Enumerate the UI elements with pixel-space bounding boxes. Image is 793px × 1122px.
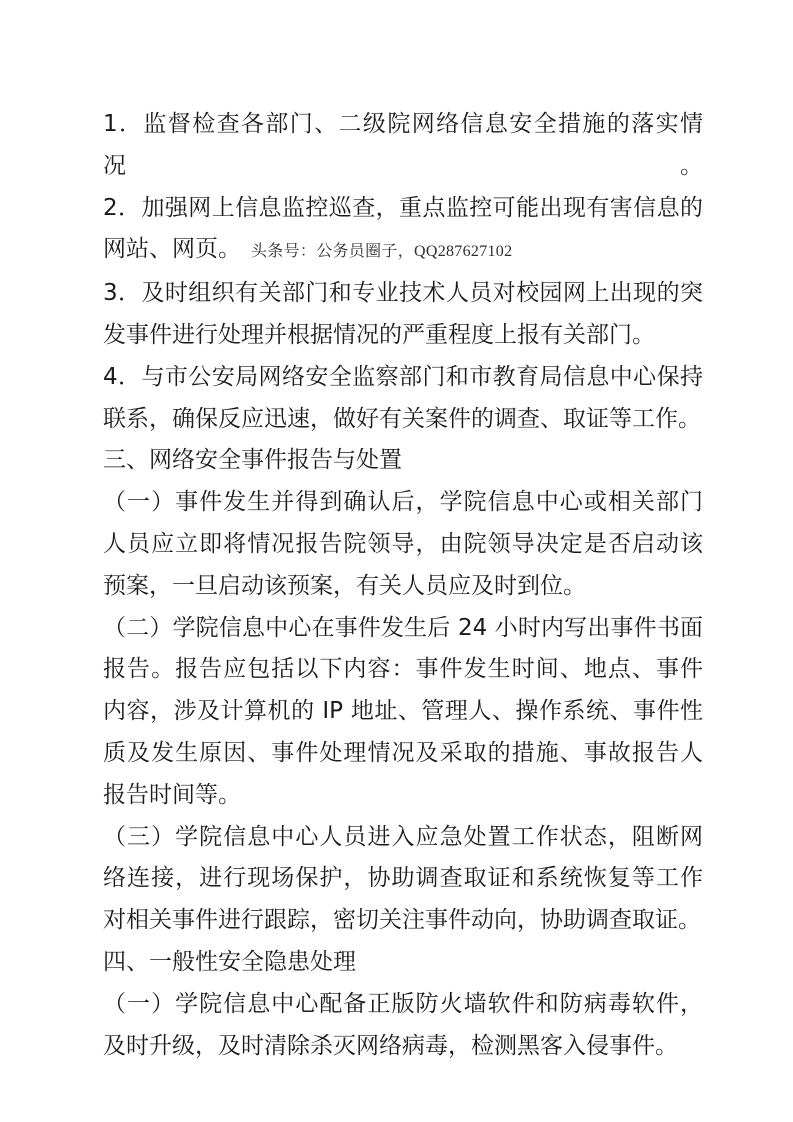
document-line: （一）事件发生并得到确认后，学院信息中心或相关部门 — [103, 482, 703, 524]
document-page: 1．监督检查各部门、二级院网络信息安全措施的落实情况。2．加强网上信息监控巡查，… — [0, 0, 793, 1122]
document-line: 4．与市公安局网络安全监察部门和市教育局信息中心保持 — [103, 357, 703, 399]
document-line: 人员应立即将情况报告院领导，由院领导决定是否启动该 — [103, 524, 703, 566]
line-text: （一）事件发生并得到确认后，学院信息中心或相关部门 — [103, 489, 703, 515]
document-line: 3．及时组织有关部门和专业技术人员对校园网上出现的突 — [103, 273, 703, 315]
document-line: 报告。报告应包括以下内容：事件发生时间、地点、事件 — [103, 649, 703, 691]
line-text: 对相关事件进行跟踪，密切关注事件动向，协助调查取证。 — [103, 907, 701, 933]
line-text: 2．加强网上信息监控巡查，重点监控可能出现有害信息的 — [103, 195, 703, 221]
document-line: 质及发生原因、事件处理情况及采取的措施、事故报告人 — [103, 733, 703, 775]
line-text: 络连接，进行现场保护，协助调查取证和系统恢复等工作 — [103, 865, 703, 891]
watermark-text: 头条号：公务员圈子，QQ287627102 — [251, 243, 512, 260]
line-text: 报告。报告应包括以下内容：事件发生时间、地点、事件 — [103, 656, 703, 682]
document-line: 预案，一旦启动该预案，有关人员应及时到位。 — [103, 566, 703, 608]
line-text: 联系，确保反应迅速，做好有关案件的调查、取证等工作。 — [103, 406, 701, 432]
document-line: 发事件进行处理并根据情况的严重程度上报有关部门。 — [103, 315, 703, 357]
line-text: （一）学院信息中心配备正版防火墙软件和防病毒软件， — [103, 991, 703, 1017]
document-line: 2．加强网上信息监控巡查，重点监控可能出现有害信息的 — [103, 188, 703, 230]
document-line: 报告时间等。 — [103, 775, 703, 817]
document-line: （三）学院信息中心人员进入应急处置工作状态，阻断网 — [103, 817, 703, 859]
document-line: 四、一般性安全隐患处理 — [103, 942, 703, 984]
document-line: （二）学院信息中心在事件发生后 24 小时内写出事件书面 — [103, 608, 703, 650]
line-text: 四、一般性安全隐患处理 — [103, 949, 356, 975]
document-line: 联系，确保反应迅速，做好有关案件的调查、取证等工作。 — [103, 399, 703, 441]
document-line: 1．监督检查各部门、二级院网络信息安全措施的落实情况。 — [103, 104, 703, 188]
document-line: 及时升级，及时清除杀灭网络病毒，检测黑客入侵事件。 — [103, 1026, 703, 1068]
line-text: 1．监督检查各部门、二级院网络信息安全措施的落实情况。 — [103, 111, 703, 179]
line-text: 预案，一旦启动该预案，有关人员应及时到位。 — [103, 573, 586, 599]
document-line: 网站、网页。头条号：公务员圈子，QQ287627102 — [103, 229, 703, 273]
document-content: 1．监督检查各部门、二级院网络信息安全措施的落实情况。2．加强网上信息监控巡查，… — [103, 104, 703, 1067]
line-text: 内容，涉及计算机的 IP 地址、管理人、操作系统、事件性 — [103, 698, 703, 724]
document-line: 内容，涉及计算机的 IP 地址、管理人、操作系统、事件性 — [103, 691, 703, 733]
line-text: 报告时间等。 — [103, 782, 241, 808]
line-text: 及时升级，及时清除杀灭网络病毒，检测黑客入侵事件。 — [103, 1033, 678, 1059]
line-text: 人员应立即将情况报告院领导，由院领导决定是否启动该 — [103, 531, 703, 557]
line-text: （二）学院信息中心在事件发生后 24 小时内写出事件书面 — [103, 615, 703, 641]
document-line: 对相关事件进行跟踪，密切关注事件动向，协助调查取证。 — [103, 900, 703, 942]
line-text: 3．及时组织有关部门和专业技术人员对校园网上出现的突 — [103, 280, 703, 306]
document-line: （一）学院信息中心配备正版防火墙软件和防病毒软件， — [103, 984, 703, 1026]
line-text: 质及发生原因、事件处理情况及采取的措施、事故报告人 — [103, 740, 703, 766]
document-line: 三、网络安全事件报告与处置 — [103, 440, 703, 482]
line-text: 网站、网页。 — [103, 236, 241, 262]
line-text: 4．与市公安局网络安全监察部门和市教育局信息中心保持 — [103, 364, 703, 390]
line-text: 三、网络安全事件报告与处置 — [103, 447, 402, 473]
document-line: 络连接，进行现场保护，协助调查取证和系统恢复等工作 — [103, 858, 703, 900]
line-text: 发事件进行处理并根据情况的严重程度上报有关部门。 — [103, 322, 655, 348]
line-text: （三）学院信息中心人员进入应急处置工作状态，阻断网 — [103, 824, 703, 850]
